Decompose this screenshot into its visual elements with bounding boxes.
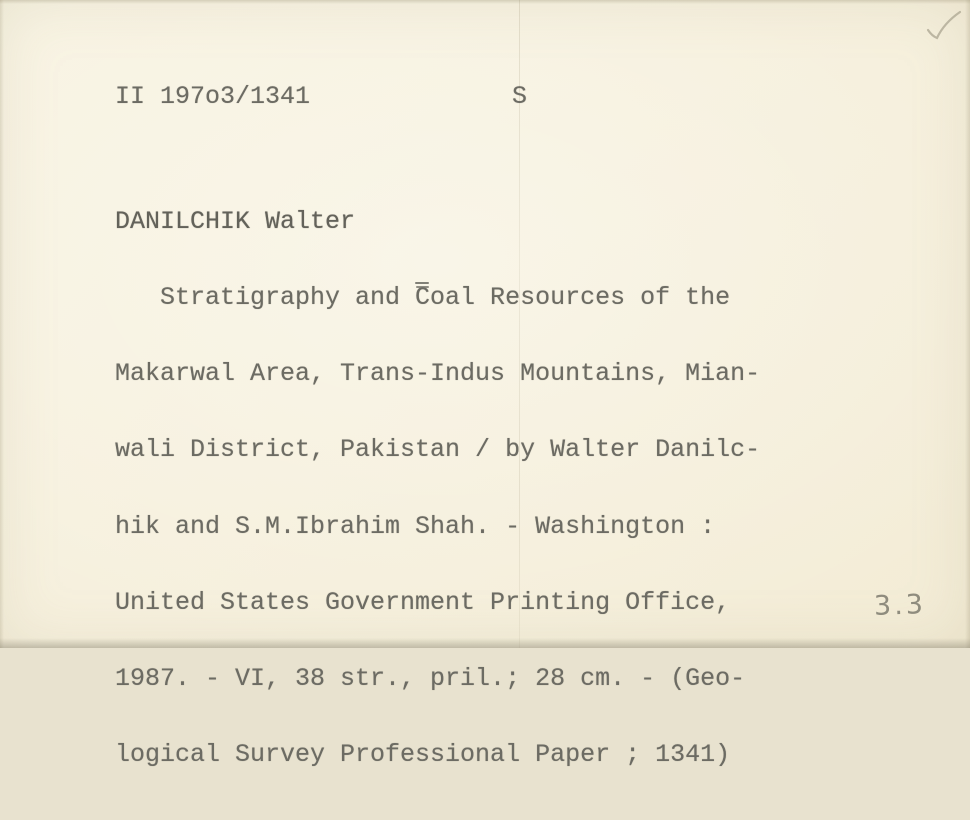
catalog-entry: DANILCHIK Walter Stratigraphy and Coal R…	[115, 158, 760, 648]
catalog-card: II 197o3/1341 S DANILCHIK Walter Stratig…	[0, 0, 970, 648]
card-top-edge-shading	[0, 0, 970, 4]
handwritten-number: 3.3	[873, 589, 926, 622]
card-left-edge-shading	[0, 0, 4, 648]
card-bottom-edge-shading	[0, 638, 970, 648]
filing-letter-underline-mark	[415, 282, 429, 284]
section-letter: S	[512, 82, 527, 111]
pencil-checkmark-icon	[925, 9, 963, 43]
card-right-edge-shading	[965, 0, 970, 648]
call-number: II 197o3/1341	[115, 82, 310, 111]
filing-letter-underline-mark-second	[416, 286, 429, 288]
entry-heading: DANILCHIK Walter	[115, 209, 760, 234]
entry-line: Stratigraphy and Coal Resources of the	[115, 285, 760, 310]
entry-line: hik and S.M.Ibrahim Shah. - Washington :	[115, 514, 760, 539]
entry-line: Makarwal Area, Trans-Indus Mountains, Mi…	[115, 361, 760, 386]
entry-line: United States Government Printing Office…	[115, 590, 760, 615]
entry-line: wali District, Pakistan / by Walter Dani…	[115, 437, 760, 462]
